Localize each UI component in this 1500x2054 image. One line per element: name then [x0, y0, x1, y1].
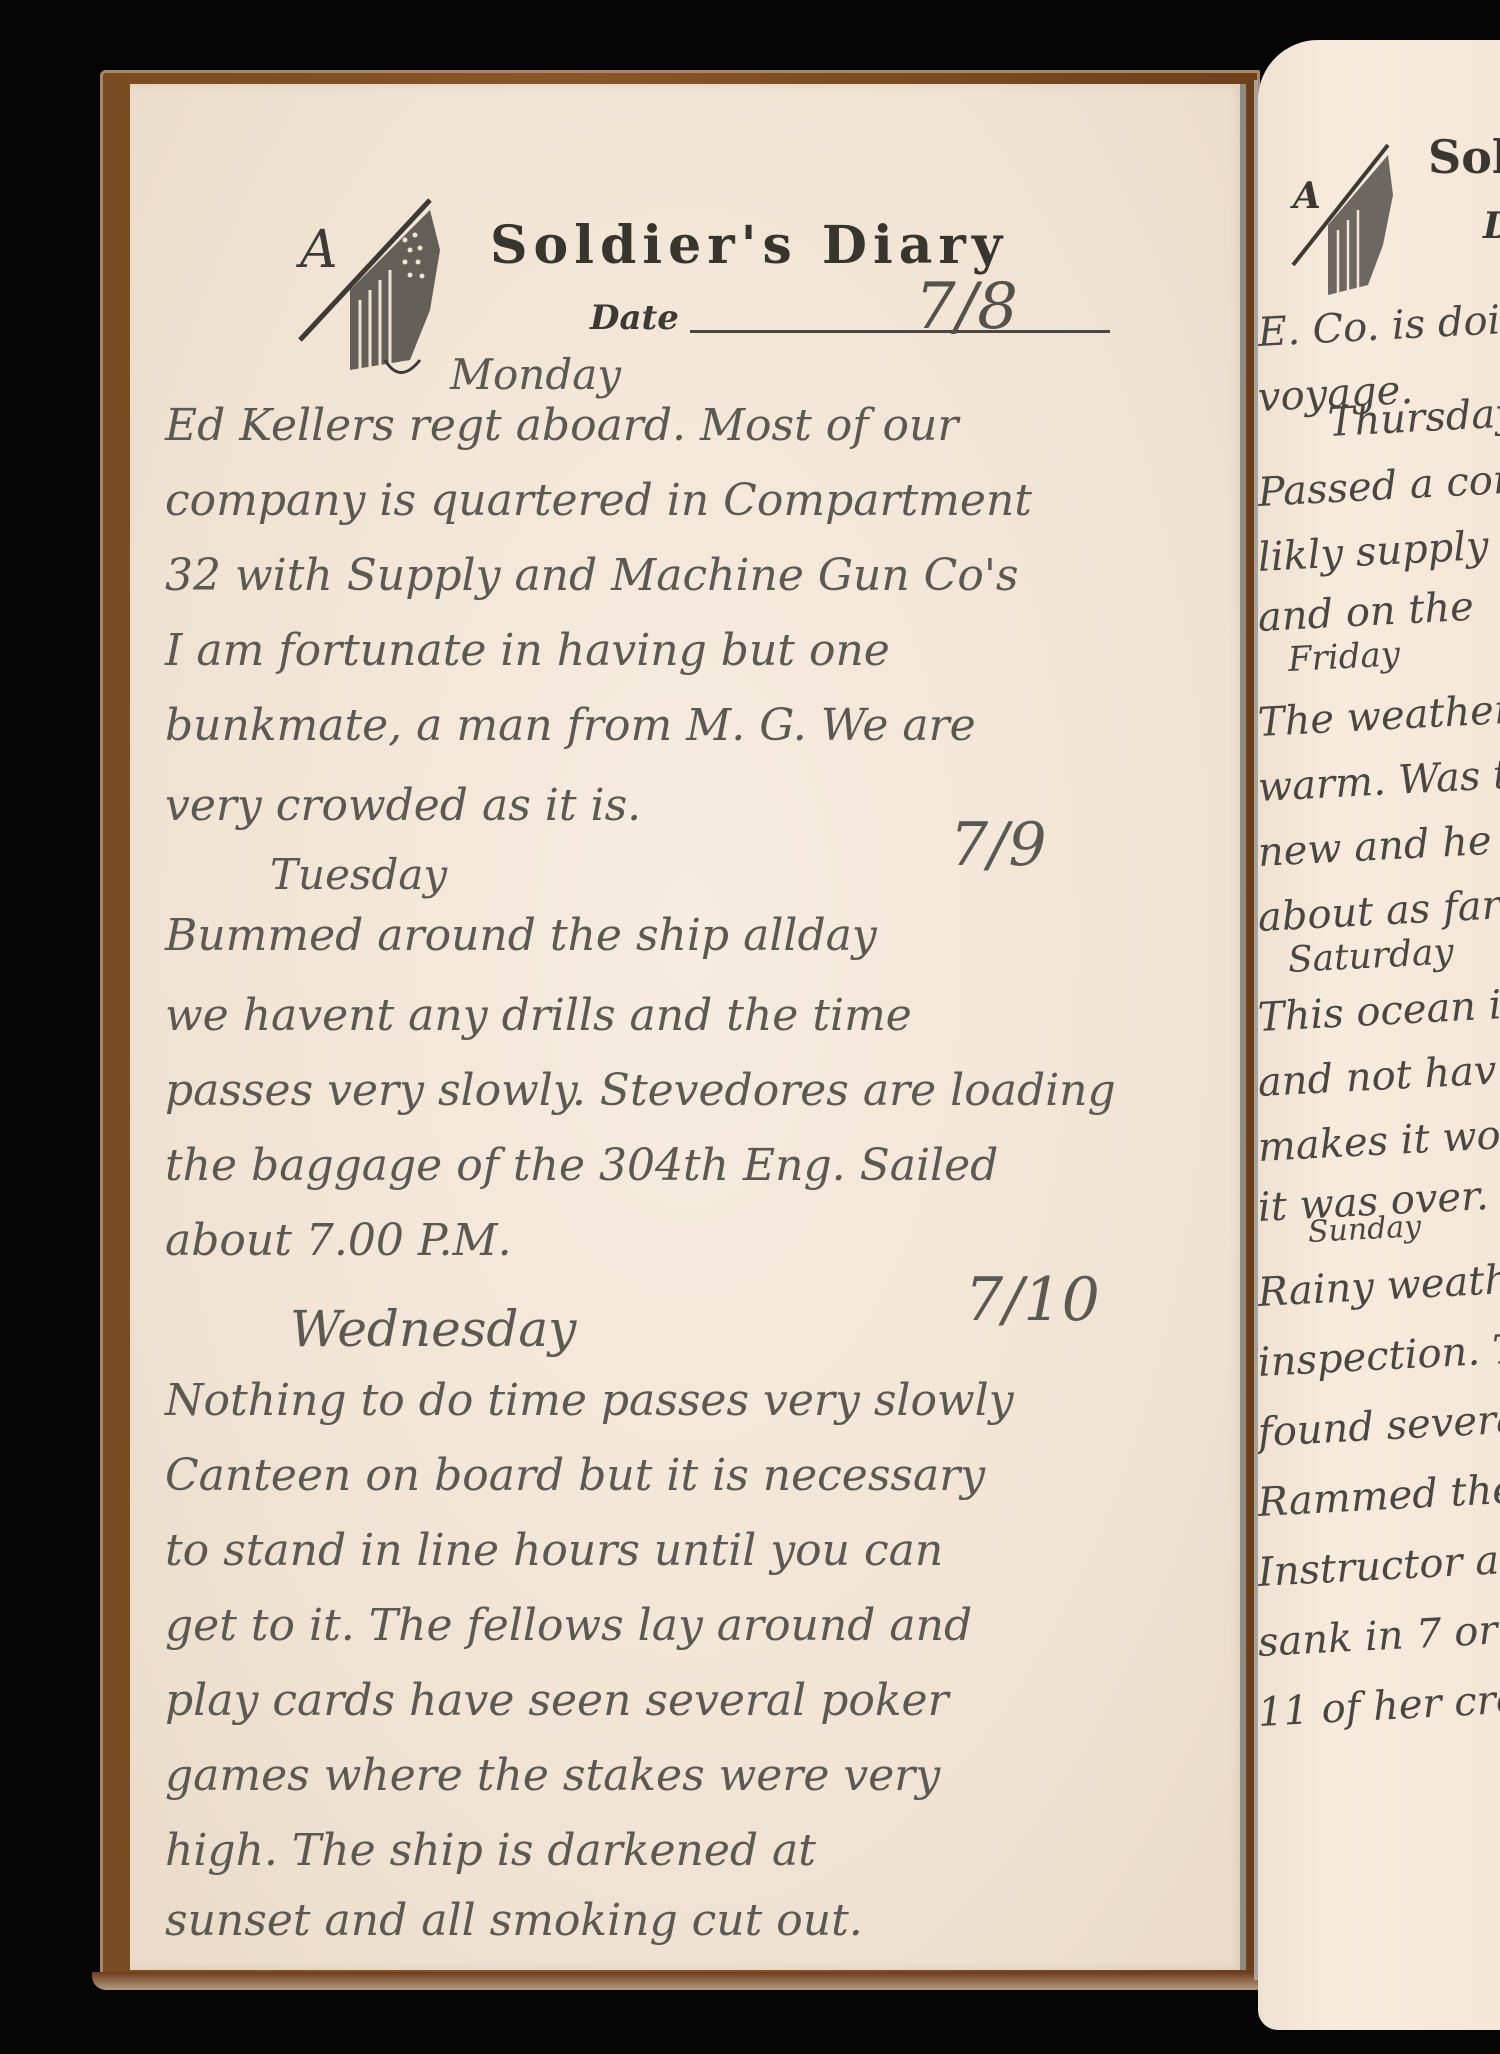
entry-line: company is quartered in Compartment [165, 475, 1032, 526]
entry-line: I am fortunate in having but one [165, 625, 890, 676]
date-label: Date [590, 298, 679, 338]
right-line: Passed a conv [1258, 455, 1500, 516]
entry-date: 7/9 [950, 810, 1047, 880]
american-flag-icon [1288, 135, 1418, 305]
entry-line: sunset and all smoking cut out. [165, 1895, 863, 1946]
entry-day-monday: Monday [450, 350, 621, 399]
entry-line: the baggage of the 304th Eng. Sailed [165, 1140, 998, 1191]
entry-day-tuesday: Tuesday [270, 850, 447, 899]
entry-line: games where the stakes were very [165, 1750, 940, 1801]
right-line: This ocean is [1258, 981, 1500, 1041]
entry-line: Bummed around the ship allday [165, 910, 877, 961]
right-header-prefix: A [1293, 175, 1321, 217]
entry-line: high. The ship is darkened at [165, 1825, 816, 1876]
entry-line: get to it. The fellows lay around and [165, 1600, 972, 1651]
right-line: Sunday [1307, 1209, 1422, 1250]
right-header-title-fragment: Sol [1428, 130, 1500, 184]
right-line: 11 of her cre [1258, 1676, 1500, 1736]
entry-line: 32 with Supply and Machine Gun Co's [165, 550, 1019, 601]
right-line: Saturday [1287, 931, 1455, 981]
right-line: makes it wor [1258, 1111, 1500, 1171]
book-cover-bottom-edge [92, 1972, 1262, 1990]
entry-line: Nothing to do time passes very slowly [165, 1375, 1014, 1426]
right-line: and not hav [1258, 1048, 1498, 1106]
right-line: inspection. The [1258, 1324, 1500, 1386]
entry-line: very crowded as it is. [165, 780, 641, 831]
entry-line: bunkmate, a man from M. G. We are [165, 700, 976, 751]
right-line: likly supply sh [1258, 520, 1500, 581]
right-line: warm. Was ta [1258, 751, 1500, 811]
entry-line: passes very slowly. Stevedores are loadi… [165, 1065, 1116, 1116]
entry-date: 7/10 [965, 1265, 1100, 1335]
diary-title: Soldier's Diary [490, 215, 1008, 276]
right-line: Friday [1287, 634, 1401, 680]
right-line: The weather [1258, 687, 1500, 746]
right-line: about as far [1258, 882, 1500, 941]
date-underline [690, 330, 1110, 333]
right-header-date-label-fragment: D [1483, 205, 1500, 247]
right-diary-page: A Sol D E. Co. is doing voyage. Thursday… [1258, 40, 1500, 2030]
header-date-value: 7/8 [915, 270, 1018, 344]
entry-line: to stand in line hours until you can [165, 1525, 943, 1576]
entry-line: play cards have seen several poker [165, 1675, 949, 1726]
right-line: Instructor ab [1258, 1536, 1500, 1596]
right-line: and on the [1258, 584, 1475, 641]
entry-line: Canteen on board but it is necessary [165, 1450, 985, 1501]
right-line: Rammed the [1258, 1467, 1500, 1526]
right-line: sank in 7 or [1258, 1607, 1499, 1665]
entry-day-wednesday: Wednesday [290, 1300, 576, 1358]
right-line: found several [1258, 1396, 1500, 1456]
entry-line: about 7.00 P.M. [165, 1215, 512, 1266]
page-gutter-line [1240, 84, 1246, 1970]
entry-line: Ed Kellers regt aboard. Most of our [165, 400, 958, 451]
right-line: Thursday [1327, 390, 1500, 446]
entry-line: we havent any drills and the time [165, 990, 912, 1041]
right-line: Rainy weather [1258, 1255, 1500, 1316]
right-line: new and he [1258, 818, 1493, 876]
header-prefix: A [300, 220, 338, 280]
